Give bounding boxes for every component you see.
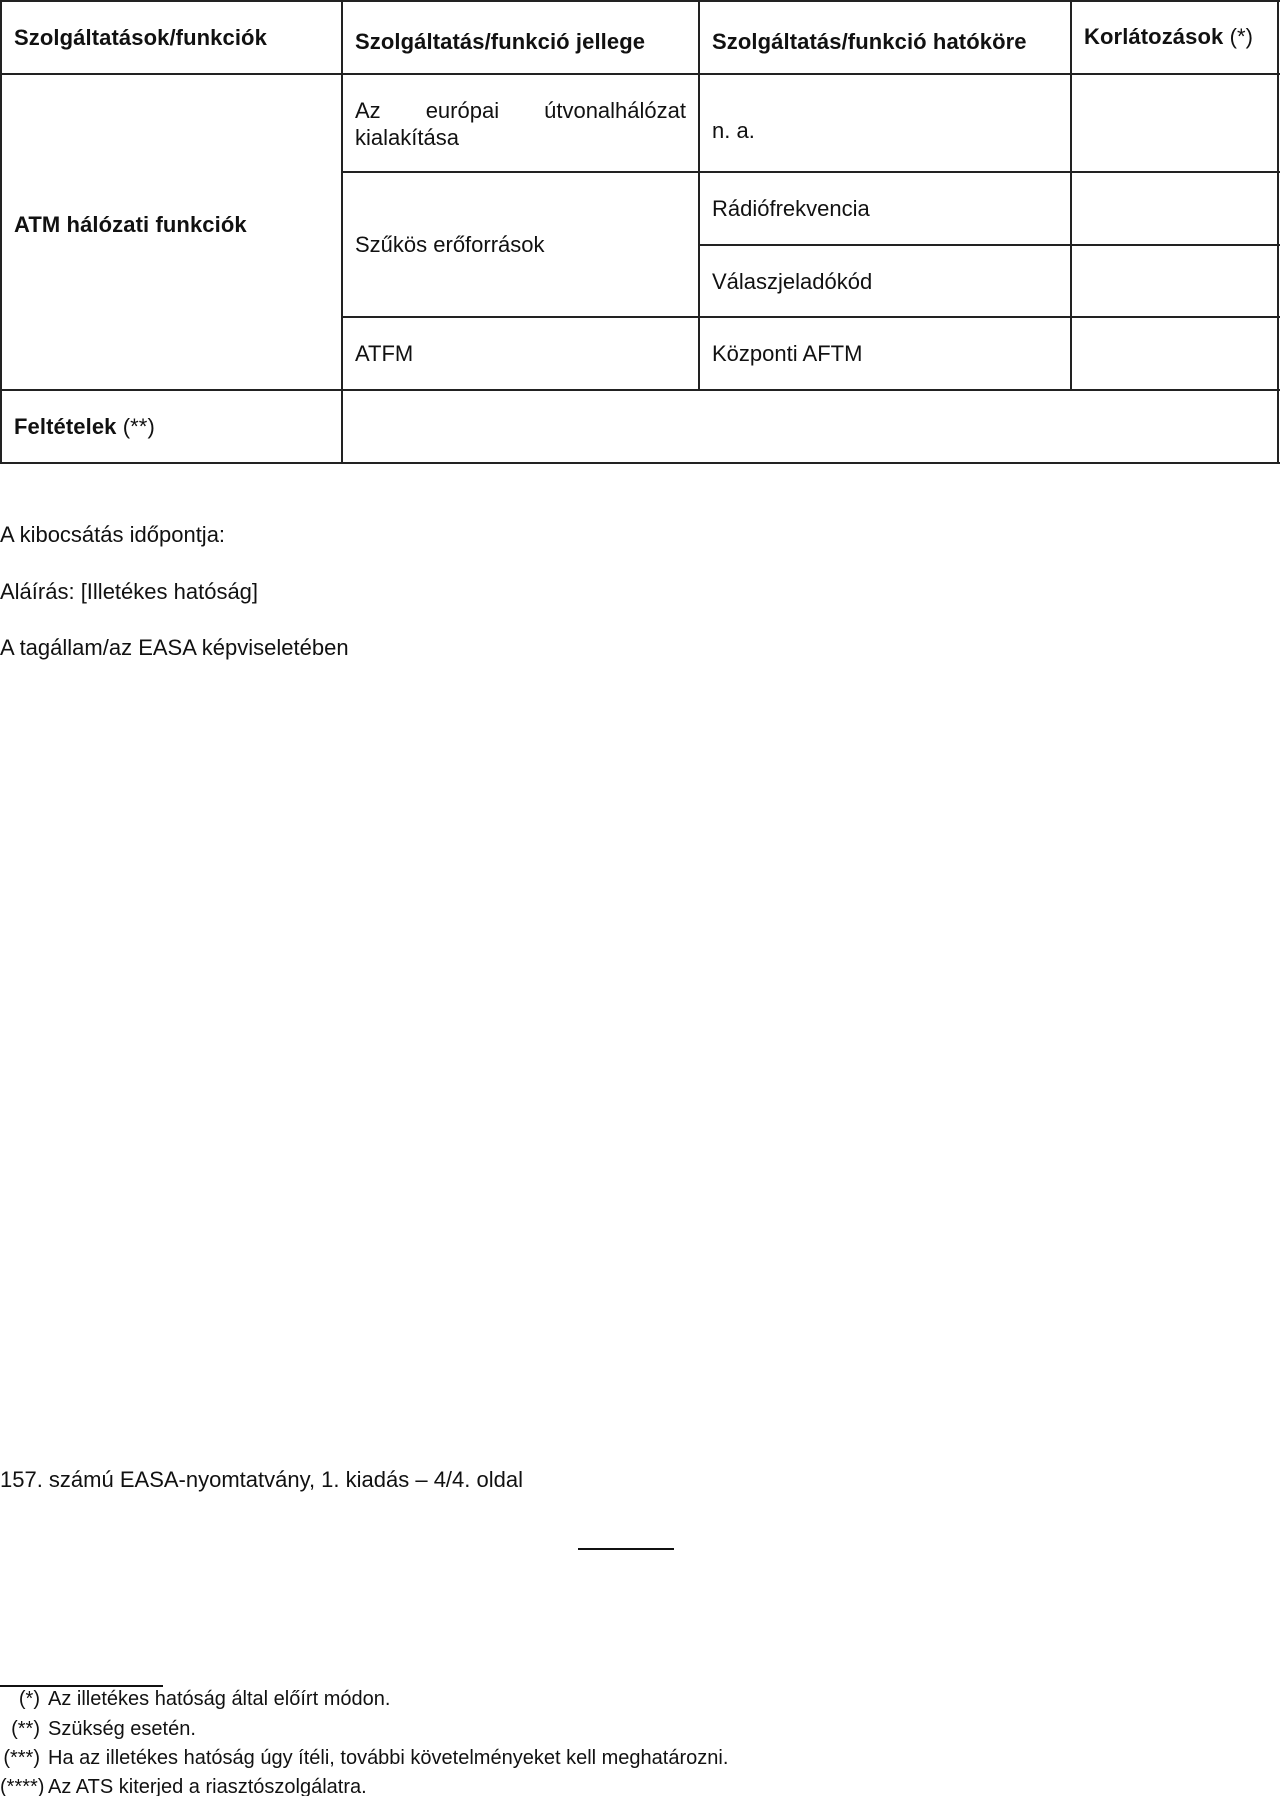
header-nature-label: Szolgáltatás/funkció jellege — [355, 28, 645, 55]
cell-scope-radio-frequency: Rádiófrekvencia — [700, 173, 1070, 244]
form-footer: 157. számú EASA-nyomtatvány, 1. kiadás –… — [0, 1467, 523, 1493]
header-nature: Szolgáltatás/funkció jellege — [343, 6, 698, 77]
row-group-atm-network: ATM hálózati funkciók — [2, 75, 341, 389]
header-services: Szolgáltatások/funkciók — [2, 2, 341, 73]
cell-text: Rádiófrekvencia — [712, 195, 870, 222]
table-border-bottom — [0, 462, 1280, 464]
conditions-label: Feltételek — [14, 413, 117, 440]
cell-text: Központi AFTM — [712, 340, 862, 367]
table-border-right — [1277, 0, 1279, 464]
cell-text: Válaszjeladókód — [712, 268, 872, 295]
footnote-mark: (****) — [0, 1776, 48, 1796]
cell-nature-route-network: Az európai útvonalhálózat kialakítása — [343, 75, 698, 171]
cell-scope-na: n. a. — [700, 88, 1070, 172]
footnote-text: Ha az illetékes hatóság úgy ítéli, továb… — [48, 1747, 728, 1770]
footnote-text: Az ATS kiterjed a riasztószolgálatra. — [48, 1776, 367, 1796]
footnote-mark: (***) — [0, 1747, 48, 1770]
cell-nature-atfm: ATFM — [343, 318, 698, 389]
services-table: Szolgáltatások/funkciók Szolgáltatás/fun… — [0, 0, 1280, 464]
footnote-text: Szükség esetén. — [48, 1718, 196, 1741]
header-scope: Szolgáltatás/funkció hatóköre — [700, 6, 1070, 77]
footnote-4: (****) Az ATS kiterjed a riasztószolgála… — [0, 1776, 367, 1796]
cell-text: Az európai útvonalhálózat kialakítása — [355, 98, 686, 150]
cell-nature-scarce-resources: Szűkös erőforrások — [343, 173, 698, 316]
footnote-ref: (*) — [1230, 23, 1254, 50]
conditions-label-cell: Feltételek (**) — [2, 391, 341, 462]
footnote-mark: (*) — [0, 1688, 48, 1711]
header-limitations: Korlátozások (*) — [1072, 0, 1277, 73]
footnote-1: (*) Az illetékes hatóság által előírt mó… — [0, 1688, 390, 1711]
issue-date-field: A kibocsátás időpontja: — [0, 522, 225, 548]
footnote-mark: (**) — [0, 1718, 48, 1741]
cell-scope-transponder-code: Válaszjeladókód — [700, 246, 1070, 316]
cell-text: Szűkös erőforrások — [355, 231, 545, 258]
footnote-3: (***) Ha az illetékes hatóság úgy ítéli,… — [0, 1747, 728, 1770]
on-behalf-field: A tagállam/az EASA képviseletében — [0, 635, 349, 661]
footnote-ref: (**) — [123, 413, 155, 440]
row-group-label: ATM hálózati funkciók — [14, 211, 247, 238]
header-services-label: Szolgáltatások/funkciók — [14, 24, 267, 51]
footnote-separator — [0, 1685, 163, 1687]
cell-text: n. a. — [712, 117, 755, 144]
section-end-rule — [578, 1548, 674, 1550]
signature-field: Aláírás: [Illetékes hatóság] — [0, 579, 258, 605]
header-scope-label: Szolgáltatás/funkció hatóköre — [712, 28, 1027, 55]
header-limitations-label: Korlátozások — [1084, 23, 1223, 50]
conditions-value-cell — [343, 391, 1277, 462]
footnote-text: Az illetékes hatóság által előírt módon. — [48, 1688, 390, 1711]
cell-scope-central-aftm: Központi AFTM — [700, 318, 1070, 389]
cell-text: ATFM — [355, 340, 413, 367]
footnote-2: (**) Szükség esetén. — [0, 1718, 196, 1741]
